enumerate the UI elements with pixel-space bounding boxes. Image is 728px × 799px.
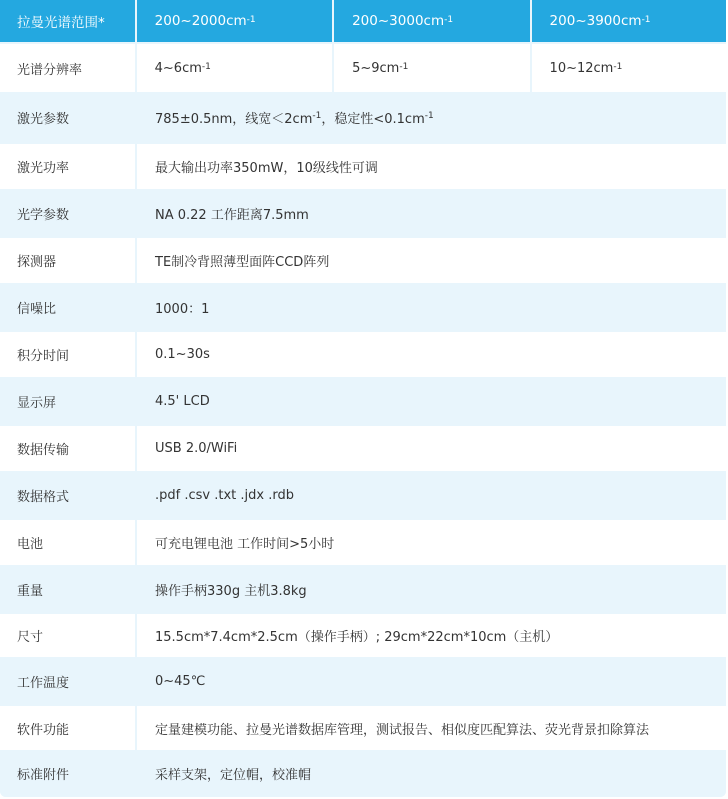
row-label-text: 探测器 — [17, 251, 56, 270]
table-row: 尺寸 15.5cm*7.4cm*2.5cm（操作手柄）; 29cm*22cm*1… — [0, 614, 726, 657]
table-row: 显示屏 4.5' LCD — [0, 377, 726, 426]
row-label: 激光参数 — [0, 92, 135, 142]
row-label-text: 工作温度 — [17, 672, 69, 691]
table-row: 软件功能 定量建模功能、拉曼光谱数据库管理，测试报告、相似度匹配算法、荧光背景扣… — [0, 706, 726, 750]
row-value-text: 0.1~30s — [155, 347, 210, 362]
row-value-text: 最大输出功率350mW，10级线性可调 — [155, 157, 378, 176]
header-range-1: 200~2000cm-1 — [137, 0, 332, 42]
row-label: 探测器 — [0, 238, 135, 283]
row-label: 重量 — [0, 565, 135, 614]
row-label: 软件功能 — [0, 706, 135, 750]
row-value: 15.5cm*7.4cm*2.5cm（操作手柄）; 29cm*22cm*10cm… — [137, 614, 726, 657]
row-label-text: 光谱分辨率 — [17, 59, 82, 78]
table-row: 信噪比 1000：1 — [0, 283, 726, 332]
row-label: 光谱分辨率 — [0, 44, 135, 92]
row-label-text: 标准附件 — [17, 764, 69, 783]
row-value: 可充电锂电池 工作时间>5小时 — [137, 520, 726, 565]
table-row: 重量 操作手柄330g 主机3.8kg — [0, 565, 726, 614]
row-value: 4.5' LCD — [137, 377, 726, 426]
row-value: .pdf .csv .txt .jdx .rdb — [137, 471, 726, 520]
header-label: 拉曼光谱范围* — [0, 0, 135, 42]
row-label-text: 尺寸 — [17, 626, 43, 645]
laser-value-a: 785±0.5nm，线宽＜2cm — [155, 108, 312, 127]
row-value-text: 15.5cm*7.4cm*2.5cm（操作手柄）; 29cm*22cm*10cm… — [155, 626, 558, 645]
row-label-text: 积分时间 — [17, 345, 69, 364]
row-value-text: 4.5' LCD — [155, 394, 210, 409]
row-value: 采样支架，定位帽，校准帽 — [137, 750, 726, 797]
row-value: 0~45℃ — [137, 657, 726, 706]
header-range-3: 200~3900cm-1 — [532, 0, 726, 42]
row-value: 定量建模功能、拉曼光谱数据库管理，测试报告、相似度匹配算法、荧光背景扣除算法 — [137, 706, 726, 750]
table-row: 数据格式 .pdf .csv .txt .jdx .rdb — [0, 471, 726, 520]
table-row: 积分时间 0.1~30s — [0, 332, 726, 377]
table-row-resolution: 光谱分辨率 4~6cm-1 5~9cm-1 10~12cm-1 — [0, 44, 726, 92]
row-value-text: 可充电锂电池 工作时间>5小时 — [155, 533, 334, 552]
row-value-text: TE制冷背照薄型面阵CCD阵列 — [155, 251, 329, 270]
row-value-text: 操作手柄330g 主机3.8kg — [155, 580, 307, 599]
row-label-text: 光学参数 — [17, 204, 69, 223]
row-value-text: NA 0.22 工作距离7.5mm — [155, 204, 309, 223]
table-row: 探测器 TE制冷背照薄型面阵CCD阵列 — [0, 238, 726, 283]
row-label-text: 显示屏 — [17, 392, 56, 411]
resolution-3-sup: -1 — [613, 62, 622, 72]
row-label-text: 激光功率 — [17, 157, 69, 176]
row-value: TE制冷背照薄型面阵CCD阵列 — [137, 238, 726, 283]
laser-value-b: ，稳定性<0.1cm — [321, 108, 424, 127]
spec-table: 拉曼光谱范围* 200~2000cm-1 200~3000cm-1 200~39… — [0, 0, 726, 797]
row-label: 尺寸 — [0, 614, 135, 657]
range-1-sup: -1 — [247, 15, 256, 25]
range-1-text: 200~2000cm — [155, 13, 247, 29]
header-range-2: 200~3000cm-1 — [334, 0, 529, 42]
row-label: 工作温度 — [0, 657, 135, 706]
row-value-text: .pdf .csv .txt .jdx .rdb — [155, 488, 294, 503]
row-value: 操作手柄330g 主机3.8kg — [137, 565, 726, 614]
row-label: 信噪比 — [0, 283, 135, 332]
resolution-2-sup: -1 — [399, 62, 408, 72]
resolution-1-sup: -1 — [202, 62, 211, 72]
table-row: 标准附件 采样支架，定位帽，校准帽 — [0, 750, 726, 797]
row-value-text: USB 2.0/WiFi — [155, 441, 237, 456]
range-3-text: 200~3900cm — [550, 13, 642, 29]
row-label: 光学参数 — [0, 189, 135, 238]
row-label: 标准附件 — [0, 750, 135, 797]
range-2-text: 200~3000cm — [352, 13, 444, 29]
row-value: 785±0.5nm，线宽＜2cm-1，稳定性<0.1cm-1 — [137, 92, 726, 142]
range-3-sup: -1 — [642, 15, 651, 25]
table-row: 工作温度 0~45℃ — [0, 657, 726, 706]
row-label: 数据格式 — [0, 471, 135, 520]
resolution-1: 4~6cm-1 — [137, 44, 332, 92]
table-row-laser: 激光参数 785±0.5nm，线宽＜2cm-1，稳定性<0.1cm-1 — [0, 92, 726, 142]
row-value: 0.1~30s — [137, 332, 726, 377]
range-2-sup: -1 — [444, 15, 453, 25]
row-value: 最大输出功率350mW，10级线性可调 — [137, 144, 726, 189]
laser-sup-b: -1 — [425, 111, 434, 121]
laser-sup-a: -1 — [312, 111, 321, 121]
table-row: 电池 可充电锂电池 工作时间>5小时 — [0, 520, 726, 565]
table-header-row: 拉曼光谱范围* 200~2000cm-1 200~3000cm-1 200~39… — [0, 0, 726, 42]
row-label-text: 重量 — [17, 580, 43, 599]
table-row: 光学参数 NA 0.22 工作距离7.5mm — [0, 189, 726, 238]
row-value-text: 0~45℃ — [155, 674, 205, 689]
resolution-3: 10~12cm-1 — [532, 44, 726, 92]
row-label: 显示屏 — [0, 377, 135, 426]
row-value: NA 0.22 工作距离7.5mm — [137, 189, 726, 238]
header-label-text: 拉曼光谱范围* — [17, 11, 105, 31]
table-row: 激光功率 最大输出功率350mW，10级线性可调 — [0, 144, 726, 189]
resolution-1-text: 4~6cm — [155, 61, 202, 76]
row-label-text: 软件功能 — [17, 719, 69, 738]
row-label: 电池 — [0, 520, 135, 565]
row-value: USB 2.0/WiFi — [137, 426, 726, 471]
row-value-text: 1000：1 — [155, 298, 209, 317]
row-label-text: 信噪比 — [17, 298, 56, 317]
row-label: 积分时间 — [0, 332, 135, 377]
row-value-text: 采样支架，定位帽，校准帽 — [155, 764, 311, 783]
resolution-2: 5~9cm-1 — [334, 44, 529, 92]
resolution-2-text: 5~9cm — [352, 61, 399, 76]
row-label: 数据传输 — [0, 426, 135, 471]
row-label-text: 激光参数 — [17, 108, 69, 127]
row-label: 激光功率 — [0, 144, 135, 189]
row-value-text: 定量建模功能、拉曼光谱数据库管理，测试报告、相似度匹配算法、荧光背景扣除算法 — [155, 719, 649, 738]
table-row: 数据传输 USB 2.0/WiFi — [0, 426, 726, 471]
resolution-3-text: 10~12cm — [550, 61, 614, 76]
row-value: 1000：1 — [137, 283, 726, 332]
row-label-text: 数据格式 — [17, 486, 69, 505]
row-label-text: 数据传输 — [17, 439, 69, 458]
row-label-text: 电池 — [17, 533, 43, 552]
